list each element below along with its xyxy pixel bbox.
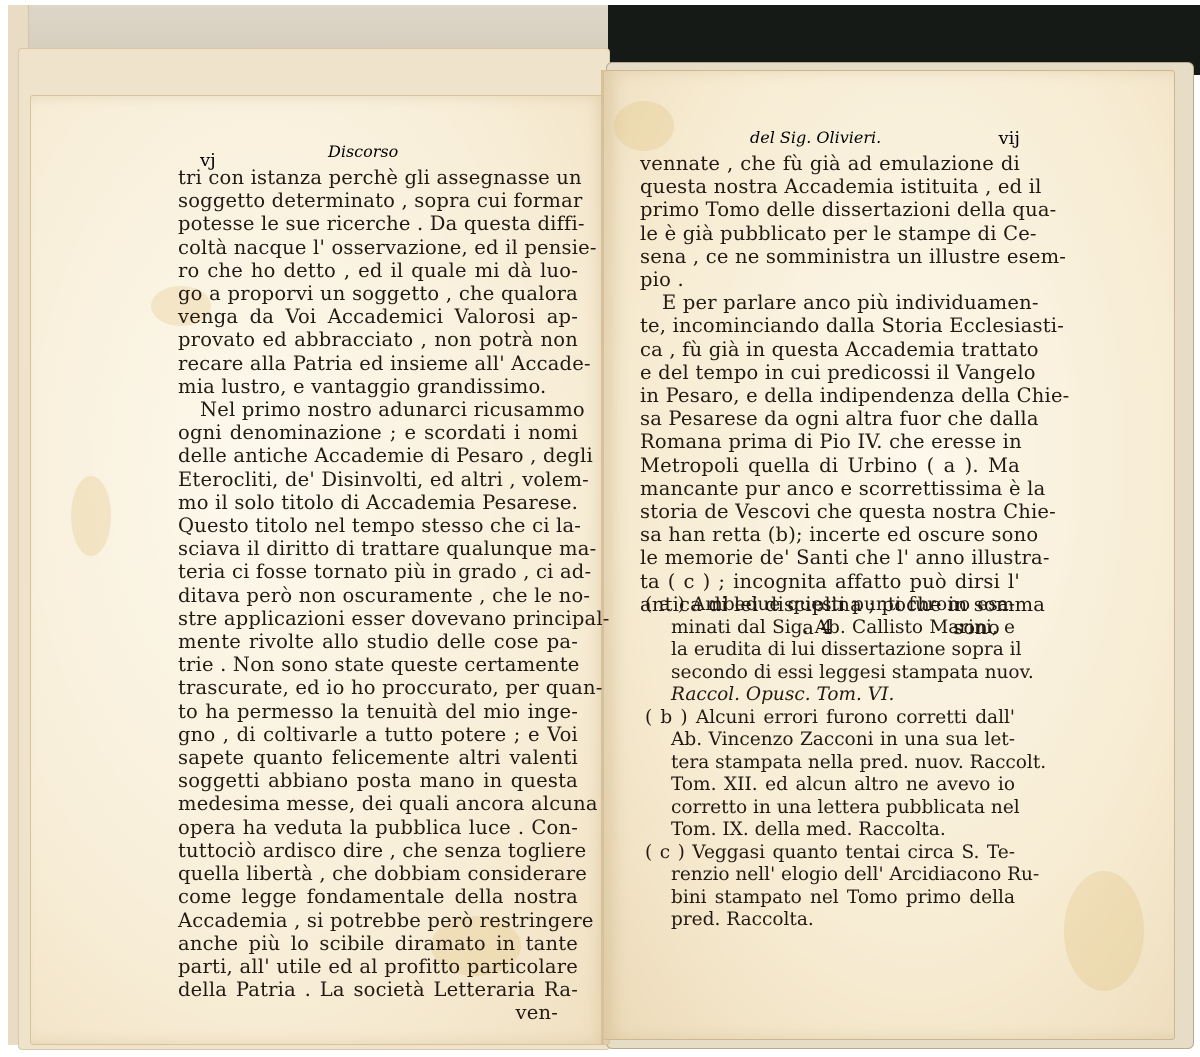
text-line: ta ( c ) ; incognita affatto può dirsi l…	[640, 570, 1020, 593]
text-line: Questo titolo nel tempo stesso che ci la…	[178, 514, 578, 537]
footnote-line: bini stampato nel Tomo primo della	[645, 887, 1015, 910]
text-line: go a proporvi un soggetto , che qualora	[178, 282, 578, 305]
text-line: delle antiche Accademie di Pesaro , degl…	[178, 444, 578, 467]
text-line: potesse le sue ricerche . Da questa diff…	[178, 212, 578, 235]
text-line: Romana prima di Pio IV. che eresse in	[640, 430, 1020, 453]
footnote-marker: ( c )	[645, 842, 685, 863]
right-page-body: vennate , che fù già ad emulazione di qu…	[640, 152, 1020, 639]
text-line: questa nostra Accademia istituita , ed i…	[640, 175, 1020, 198]
left-page-body: tri con istanza perchè gli assegnasse un…	[178, 166, 578, 1025]
paragraph: Nel primo nostro adunarci ricusammo ogni…	[178, 398, 578, 1001]
paragraph: tri con istanza perchè gli assegnasse un…	[178, 166, 578, 398]
text-line: Nel primo nostro adunarci ricusammo	[178, 398, 578, 421]
footnote-line: pred. Raccolta.	[645, 909, 1015, 932]
text-line: ogni denominazione ; e scordati i nomi	[178, 421, 578, 444]
text-line: sa han retta (b); incerte ed oscure sono	[640, 523, 1020, 546]
text-line: vennate , che fù già ad emulazione di	[640, 152, 1020, 175]
footnote-line: renzio nell' elogio dell' Arcidiacono Ru…	[645, 864, 1015, 887]
footnote-marker: ( b )	[645, 707, 688, 728]
text-line: Metropoli quella di Urbino ( a ). Ma	[640, 454, 1020, 477]
text-line: pio .	[640, 268, 1020, 291]
text-line: sapete quanto felicemente altri valenti	[178, 746, 578, 769]
footnote-c: ( c ) Veggasi quanto tentai circa S. Te-…	[645, 842, 1015, 932]
text-line: to ha permesso la tenuità del mio inge-	[178, 700, 578, 723]
text-line: della Patria . La società Letteraria Ra-	[178, 978, 578, 1001]
text-line: le è già pubblicato per le stampe di Ce-	[640, 222, 1020, 245]
paragraph: vennate , che fù già ad emulazione di qu…	[640, 152, 1020, 291]
text-line: gno , di coltivarle a tutto potere ; e V…	[178, 723, 578, 746]
text-line: e del tempo in cui predicossi il Vangelo	[640, 361, 1020, 384]
text-line: recare alla Patria ed insieme all' Accad…	[178, 352, 578, 375]
footnotes: ( a ) Ambedue questi punti furono esa- m…	[645, 594, 1015, 932]
text-line: sa Pesarese da ogni altra fuor che dalla	[640, 407, 1020, 430]
text-line: soggetti abbiano posta mano in questa	[178, 769, 578, 792]
foxing-stain	[614, 101, 674, 151]
text-line: teria ci fosse tornato più in grado , ci…	[178, 560, 578, 583]
text-line: medesima messe, dei quali ancora alcuna	[178, 792, 578, 815]
footnote-marker: ( a )	[645, 594, 685, 615]
foxing-stain	[71, 476, 111, 556]
text-line: parti, all' utile ed al profitto partico…	[178, 955, 578, 978]
text-line: anche più lo scibile diramato in tante	[178, 932, 578, 955]
text-line: E per parlare anco più individuamen-	[640, 291, 1020, 314]
text-line: sena , ce ne somministra un illustre ese…	[640, 245, 1020, 268]
text-line: storia de Vescovi che questa nostra Chie…	[640, 500, 1020, 523]
text-line: mente rivolte allo studio delle cose pa-	[178, 630, 578, 653]
paragraph: E per parlare anco più individuamen- te,…	[640, 291, 1020, 616]
footnote-a: ( a ) Ambedue questi punti furono esa- m…	[645, 594, 1015, 707]
catchword: ven-	[178, 1001, 578, 1024]
text-line: come legge fondamentale della nostra	[178, 885, 578, 908]
right-page-number: vij	[998, 128, 1020, 149]
footnote-line: minati dal Sig. Ab. Callisto Marini, e	[645, 617, 1015, 640]
text-line: le memorie de' Santi che l' anno illustr…	[640, 546, 1020, 569]
text-line: primo Tomo delle dissertazioni della qua…	[640, 198, 1020, 221]
text-line: quella libertà , che dobbiam considerare	[178, 862, 578, 885]
footnote-line: secondo di essi leggesi stampata nuov.	[645, 662, 1015, 685]
footnote-line: Veggasi quanto tentai circa S. Te-	[692, 842, 1015, 863]
text-line: soggetto determinato , sopra cui formar	[178, 189, 578, 212]
text-line: tri con istanza perchè gli assegnasse un	[178, 166, 578, 189]
footnote-line: corretto in una lettera pubblicata nel	[645, 797, 1015, 820]
text-line: Eterocliti, de' Disinvolti, ed altri , v…	[178, 468, 578, 491]
text-line: ditava però non oscuramente , che le no-	[178, 584, 578, 607]
left-running-head: Discorso	[328, 142, 398, 161]
text-line: mia lustro, e vantaggio grandissimo.	[178, 375, 578, 398]
text-line: stre applicazioni esser dovevano princip…	[178, 607, 578, 630]
footnote-line: tera stampata nella pred. nuov. Raccolt.	[645, 752, 1015, 775]
text-line: coltà nacque l' osservazione, ed il pens…	[178, 236, 578, 259]
text-line: in Pesaro, e della indipendenza della Ch…	[640, 384, 1020, 407]
text-line: trascurate, ed io ho proccurato, per qua…	[178, 676, 578, 699]
right-running-head: del Sig. Olivieri.	[750, 128, 881, 147]
text-line: sciava il diritto di trattare qualunque …	[178, 537, 578, 560]
footnote-line: Alcuni errori furono corretti dall'	[696, 707, 1015, 728]
book-spine-gutter	[601, 70, 604, 1045]
foxing-stain	[1064, 871, 1144, 991]
text-line: ca , fù già in questa Accademia trattato	[640, 338, 1020, 361]
text-line: mo il solo titolo di Accademia Pesarese.	[178, 491, 578, 514]
text-line: ro che ho detto , ed il quale mi dà luo-	[178, 259, 578, 282]
footnote-b: ( b ) Alcuni errori furono corretti dall…	[645, 707, 1015, 842]
text-line: tuttociò ardisco dire , che senza toglie…	[178, 839, 578, 862]
footnote-line: Ab. Vincenzo Zacconi in una sua let-	[645, 729, 1015, 752]
text-line: venga da Voi Accademici Valorosi ap-	[178, 305, 578, 328]
text-line: Accademia , si potrebbe però restringere	[178, 909, 578, 932]
text-line: trie . Non sono state queste certamente	[178, 653, 578, 676]
text-line: mancante pur anco e scorrettissima è la	[640, 477, 1020, 500]
footnote-line: la erudita di lui dissertazione sopra il	[645, 639, 1015, 662]
footnote-line: Tom. IX. della med. Raccolta.	[645, 819, 1015, 842]
footnote-line: Raccol. Opusc. Tom. VI.	[645, 684, 1015, 707]
text-line: provato ed abbracciato , non potrà non	[178, 328, 578, 351]
text-line: opera ha veduta la pubblica luce . Con-	[178, 816, 578, 839]
text-line: te, incominciando dalla Storia Ecclesias…	[640, 314, 1020, 337]
footnote-line: Tom. XII. ed alcun altro ne avevo io	[645, 774, 1015, 797]
footnote-line: Ambedue questi punti furono esa-	[692, 594, 1015, 615]
